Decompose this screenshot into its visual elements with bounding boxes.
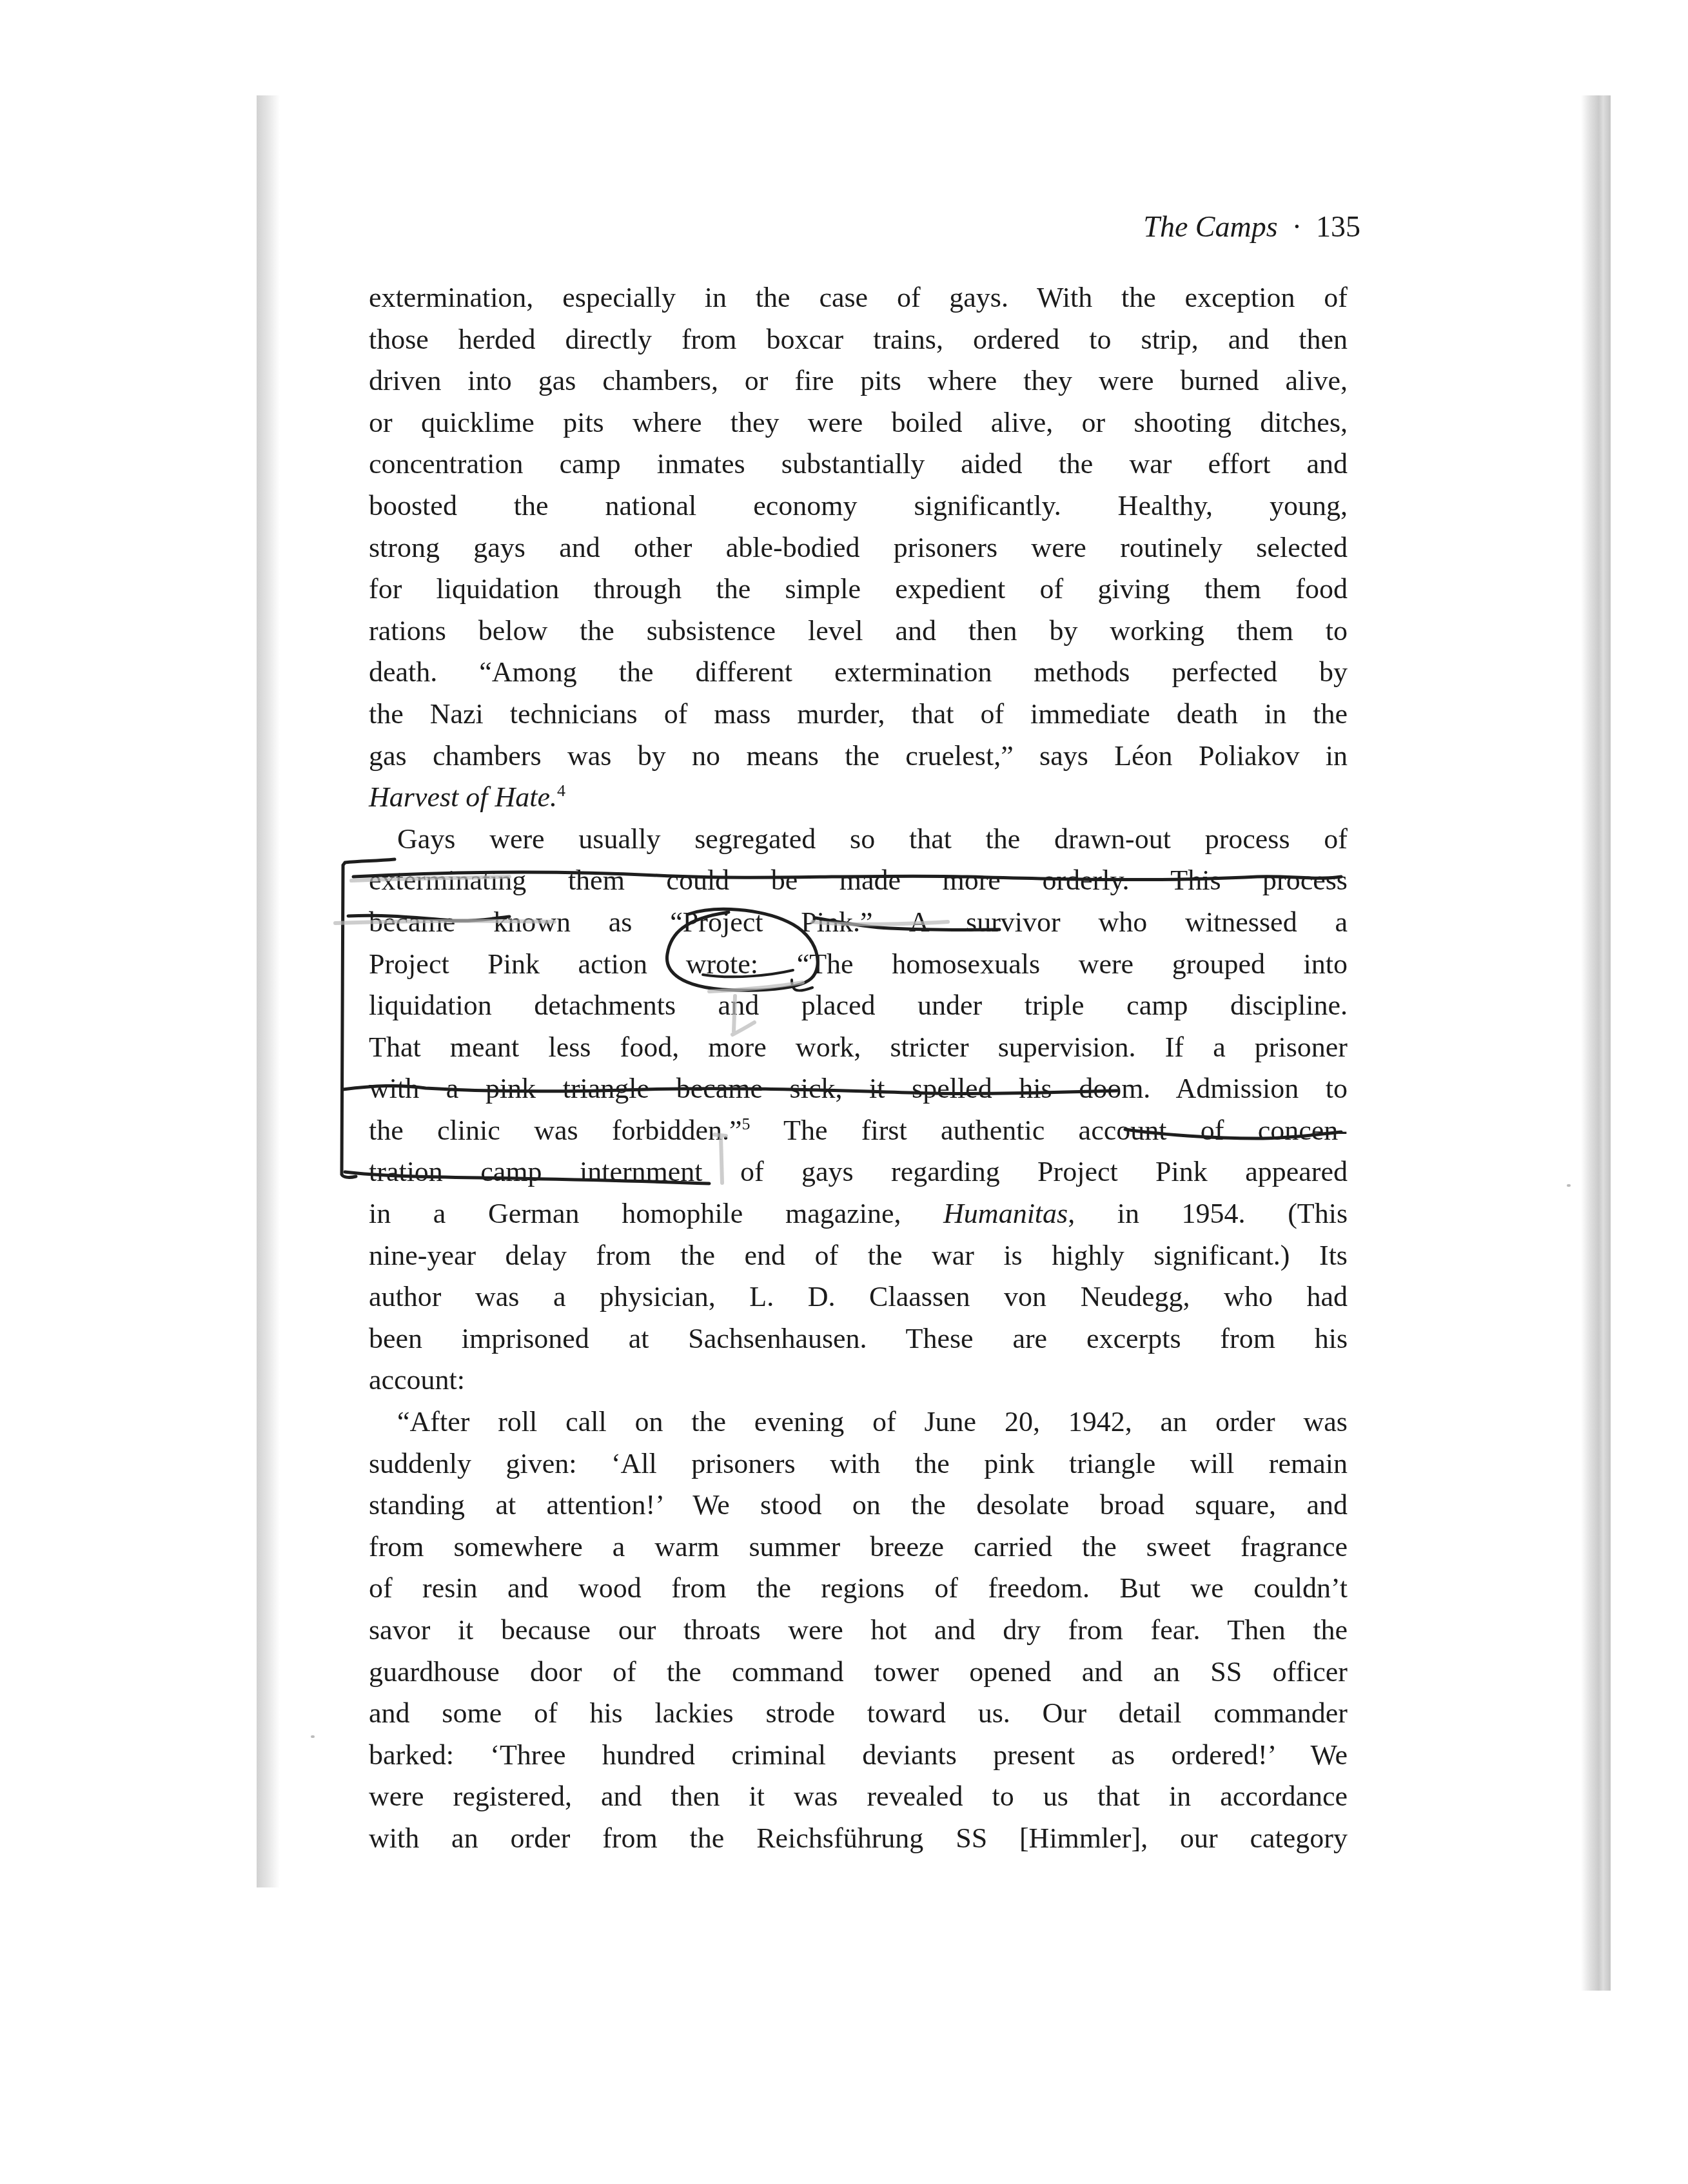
text-fragment: in a German homophile magazine,: [369, 1198, 943, 1229]
text-line: extermination, especially in the case of…: [369, 277, 1348, 319]
text-line: became known as “Project Pink.” A surviv…: [369, 902, 1348, 944]
text-line: Project Pink action wrote: “The homosexu…: [369, 944, 1348, 986]
text-fragment: , in 1954. (This: [1068, 1198, 1348, 1229]
page-number: 135: [1316, 210, 1360, 243]
text-line: suddenly given: ‘All prisoners with the …: [369, 1443, 1348, 1485]
text-line: with a pink triangle became sick, it spe…: [369, 1068, 1348, 1110]
text-line: strong gays and other able-bodied prison…: [369, 527, 1348, 569]
header-separator: ·: [1292, 210, 1302, 243]
scanned-book-page: The Camps·135 extermination, especially …: [0, 0, 1688, 2184]
text-line: savor it because our throats were hot an…: [369, 1610, 1348, 1652]
footnote-ref-5: 5: [742, 1115, 751, 1133]
text-line-footnote-5: the clinic was forbidden.”5 The first au…: [369, 1110, 1348, 1152]
text-line: death. “Among the different exterminatio…: [369, 652, 1348, 694]
text-line: boosted the national economy significant…: [369, 485, 1348, 527]
scan-shadow-right: [1581, 95, 1611, 1991]
text-line: nine-year delay from the end of the war …: [369, 1235, 1348, 1277]
text-line: gas chambers was by no means the crueles…: [369, 736, 1348, 777]
text-line: were registered, and then it was reveale…: [369, 1776, 1348, 1818]
running-head: The Camps·135: [1090, 210, 1360, 244]
text-line: guardhouse door of the command tower ope…: [369, 1652, 1348, 1693]
scan-speck: [311, 1735, 315, 1738]
text-line: concentration camp inmates substantially…: [369, 444, 1348, 485]
scan-shadow-left: [257, 95, 280, 1887]
magazine-title-italic: Humanitas: [943, 1198, 1068, 1229]
text-line-humanitas: in a German homophile magazine, Humanita…: [369, 1193, 1348, 1235]
chapter-title: The Camps: [1143, 210, 1277, 243]
text-line-citation: Harvest of Hate.4: [369, 777, 1348, 819]
footnote-ref-4: 4: [557, 781, 565, 800]
text-line: That meant less food, more work, stricte…: [369, 1027, 1348, 1069]
text-fragment: The first authentic account of concen-: [751, 1115, 1348, 1146]
text-line: liquidation detachments and placed under…: [369, 985, 1348, 1027]
text-line: the Nazi technicians of mass murder, tha…: [369, 694, 1348, 736]
text-line: tration camp internment of gays regardin…: [369, 1151, 1348, 1193]
text-line: Gays were usually segregated so that the…: [369, 819, 1348, 861]
text-line: been imprisoned at Sachsenhausen. These …: [369, 1318, 1348, 1360]
text-fragment: the clinic was forbidden.”: [369, 1115, 742, 1146]
body-text: extermination, especially in the case of…: [369, 277, 1348, 1860]
text-line: rations below the subsistence level and …: [369, 610, 1348, 652]
text-line: “After roll call on the evening of June …: [369, 1401, 1348, 1443]
text-line: exterminating them could be made more or…: [369, 860, 1348, 902]
text-line: and some of his lackies strode toward us…: [369, 1693, 1348, 1735]
scan-speck: [1567, 1184, 1571, 1187]
text-line: author was a physician, L. D. Claassen v…: [369, 1276, 1348, 1318]
book-title-italic: Harvest of Hate.: [369, 781, 557, 813]
text-line: with an order from the Reichsführung SS …: [369, 1818, 1348, 1860]
text-line: from somewhere a warm summer breeze carr…: [369, 1526, 1348, 1568]
text-line: account:: [369, 1360, 1348, 1401]
text-line: of resin and wood from the regions of fr…: [369, 1568, 1348, 1610]
text-line: barked: ‘Three hundred criminal deviants…: [369, 1735, 1348, 1777]
text-line: driven into gas chambers, or fire pits w…: [369, 360, 1348, 402]
text-line: or quicklime pits where they were boiled…: [369, 402, 1348, 444]
text-line: those herded directly from boxcar trains…: [369, 319, 1348, 361]
text-line: for liquidation through the simple exped…: [369, 569, 1348, 610]
text-line: standing at attention!’ We stood on the …: [369, 1485, 1348, 1526]
